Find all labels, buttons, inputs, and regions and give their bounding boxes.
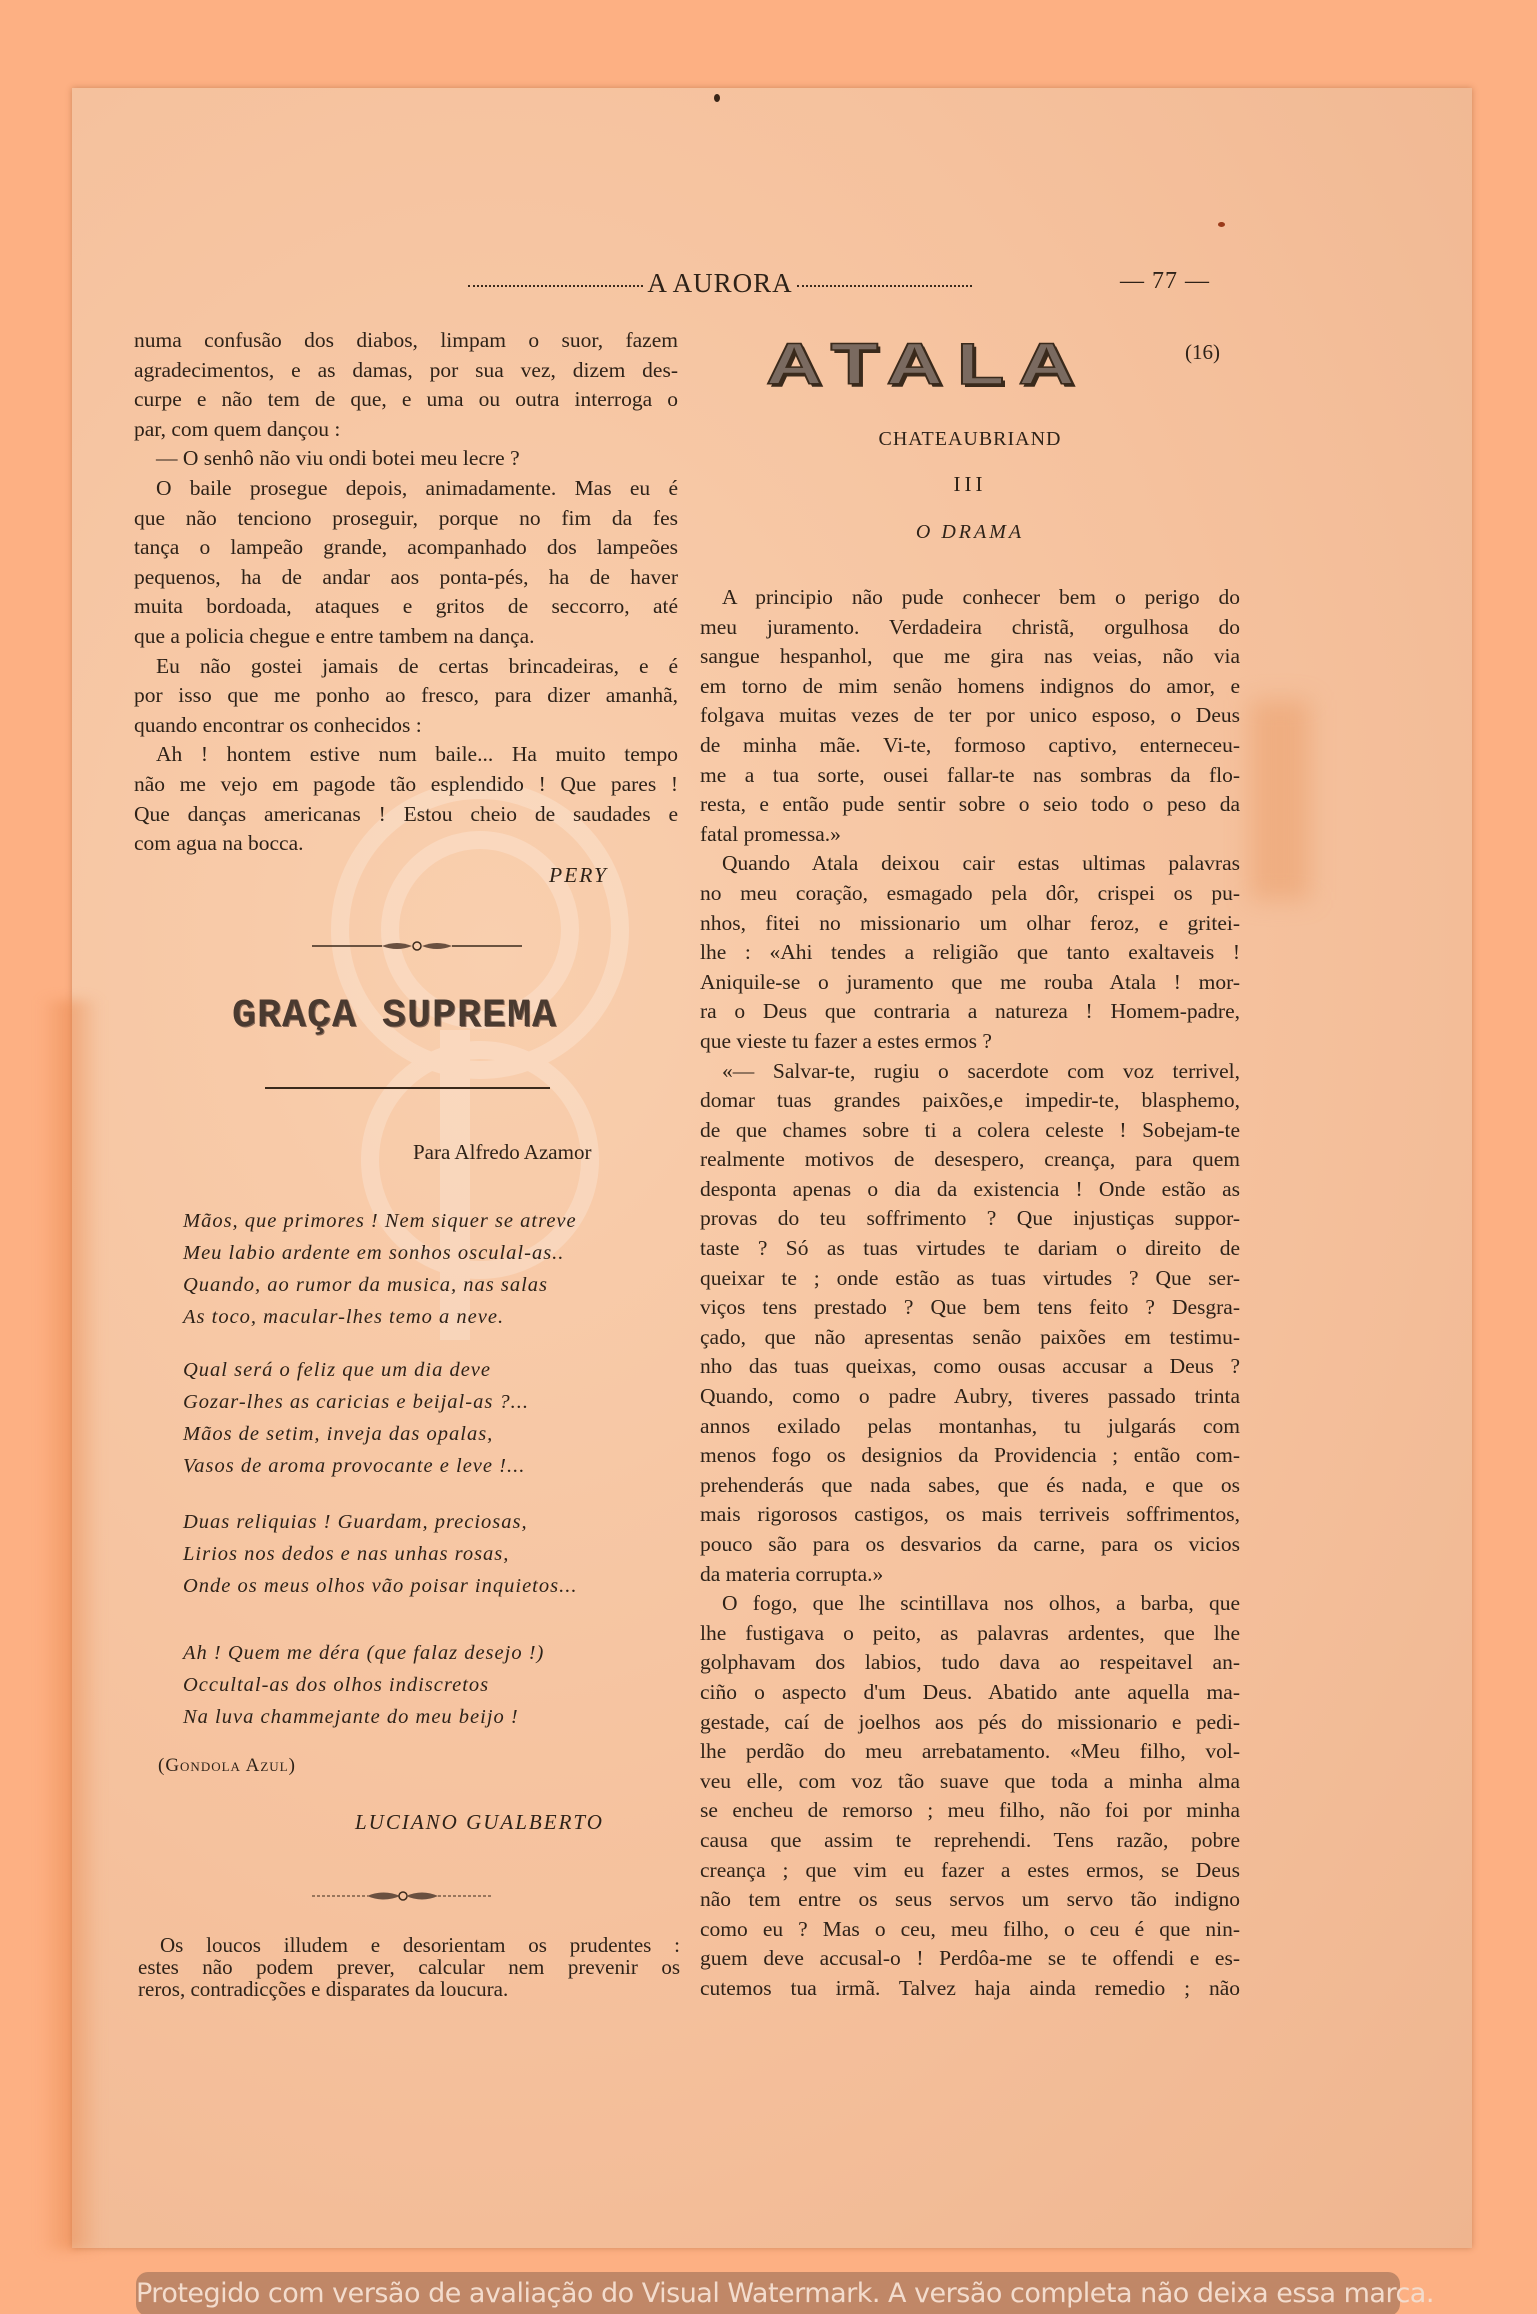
text-line: reros, contradicções e disparates da lou… [138,1978,680,2000]
text-line: pouco são para os desvarios da carne, pa… [700,1530,1240,1560]
text-line: Aniquile-se o juramento que me rouba Ata… [700,968,1240,998]
text-line: no meu coração, esmagado pela dôr, crisp… [700,879,1240,909]
paper-speck [1218,222,1225,227]
poem-stanza: Mãos, que primores ! Nem siquer se atrev… [183,1205,577,1333]
text-line: O fogo, que lhe scintillava nos olhos, a… [700,1589,1240,1619]
paper-shadow [40,1000,100,2250]
text-line: guem deve accusal-o ! Perdôa-me se te of… [700,1944,1240,1974]
text-line: resta, e então pude sentir sobre o seio … [700,790,1240,820]
publication-title: A AURORA [647,268,792,298]
verse-line: Mãos de setim, inveja das opalas, [183,1418,529,1450]
text-line: Os loucos illudem e desorientam os prude… [138,1934,680,1956]
text-line: quando encontrar os conhecidos : [134,711,678,741]
continuation-paragraph: numa confusão dos diabos, limpam o suor,… [134,326,678,444]
text-line: que a policia chegue e entre tambem na d… [134,622,678,652]
text-line: com agua na bocca. [134,829,678,859]
text-line: golphavam dos labios, tudo dava ao respe… [700,1648,1240,1678]
section-number: III [700,472,1240,497]
text-line: menos fogo os designios da Providencia ;… [700,1441,1240,1471]
text-line: não me vejo em pagode tão esplendido ! Q… [134,770,678,800]
text-line: gestade, caí de joelhos aos pés do missi… [700,1708,1240,1738]
text-line: queixar te ; onde estão as tuas virtudes… [700,1264,1240,1294]
text-line: de minha mãe. Vi-te, formoso captivo, en… [700,731,1240,761]
text-line: nhos, fitei no missionario um olhar fero… [700,909,1240,939]
text-line: como eu ? Mas o ceu, meu filho, o ceu é … [700,1915,1240,1945]
text-line: Quando Atala deixou cair estas ultimas p… [700,849,1240,879]
text-line: Quando, como o padre Aubry, tiveres pass… [700,1382,1240,1412]
right-column-article: A principio não pude conhecer bem o peri… [700,583,1240,2004]
text-line: não tem entre os seus servos um servo tã… [700,1885,1240,1915]
watermark-banner: Protegido com versão de avaliação do Vis… [136,2272,1400,2314]
verse-line: Quando, ao rumor da musica, nas salas [183,1269,577,1301]
verse-line: Mãos, que primores ! Nem siquer se atrev… [183,1205,577,1237]
verse-line: Lirios nos dedos e nas unhas rosas, [183,1538,577,1570]
text-line: sangue hespanhol, que me gira nas veias,… [700,642,1240,672]
paragraph: O fogo, que lhe scintillava nos olhos, a… [700,1589,1240,2003]
paper-stain [1250,700,1310,900]
ornament-divider-icon [312,938,522,954]
text-line: causa que assim te reprehendi. Tens razã… [700,1826,1240,1856]
text-line: ra o Deus que contraria a natureza ! Hom… [700,997,1240,1027]
verse-line: Ah ! Quem me déra (que falaz desejo !) [183,1637,544,1669]
text-line: veu elle, com voz tão suave que toda a m… [700,1767,1240,1797]
text-line: mais rigorosos castigos, os mais terrive… [700,1500,1240,1530]
poem-title: GRAÇA SUPREMA [232,994,557,1039]
text-line: que não tenciono proseguir, porque no fi… [134,504,678,534]
text-line: annos exilado pelas montanhas, tu julgar… [700,1412,1240,1442]
text-line: fatal promessa.» [700,820,1240,850]
text-line: lhe fustigava o peito, as palavras arden… [700,1619,1240,1649]
text-line: folgava muitas vezes de ter por unico es… [700,701,1240,731]
poem-source: (Gondola Azul) [158,1755,296,1777]
text-line: lhe perdão do meu arrebatamento. «Meu fi… [700,1737,1240,1767]
poem-stanza: Ah ! Quem me déra (que falaz desejo !) O… [183,1637,544,1733]
paper-speck [714,94,720,102]
text-line: muita bordoada, ataques e gritos de secc… [134,592,678,622]
article-signature: PERY [134,861,678,891]
paragraph: Eu não gostei jamais de certas brincadei… [134,652,678,741]
text-line: Ah ! hontem estive num baile... Ha muito… [134,740,678,770]
text-line: çado, que não apresentas senão paixões e… [700,1323,1240,1353]
text-line: creança ; que vim eu fazer a estes ermos… [700,1856,1240,1886]
page-header: A AURORA — 77 — [440,268,1240,298]
text-line: que vieste tu fazer a estes ermos ? [700,1027,1240,1057]
text-line: provas do teu soffrimento ? Que injustiç… [700,1204,1240,1234]
serial-part-number: (16) [1185,340,1220,365]
poem-author: LUCIANO GUALBERTO [355,1810,604,1835]
serial-title: ATALA [766,330,1089,398]
paragraph: O baile prosegue depois, animadamente. M… [134,474,678,652]
text-line: «— Salvar-te, rugiu o sacerdote com voz … [700,1057,1240,1087]
text-line: viços tens prestado ? Que bem tens feito… [700,1293,1240,1323]
poem-stanza: Duas reliquias ! Guardam, preciosas, Lir… [183,1506,577,1602]
verse-line: Qual será o feliz que um dia deve [183,1354,529,1386]
text-line: domar tuas grandes paixões,e impedir-te,… [700,1086,1240,1116]
left-column-article: numa confusão dos diabos, limpam o suor,… [134,326,678,890]
text-line: estes não podem prever, calcular nem pre… [138,1956,680,1978]
text-line: ciño o aspecto d'um Deus. Abatido ante a… [700,1678,1240,1708]
text-line: de que chames sobre ti a colera celeste … [700,1116,1240,1146]
verse-line: Gozar-lhes as caricias e beijal-as ?... [183,1386,529,1418]
text-line: da materia corrupta.» [700,1560,1240,1590]
text-line: taste ? Só as tuas virtudes te dariam o … [700,1234,1240,1264]
text-line: curpe e não tem de que, e uma ou outra i… [134,385,678,415]
text-line: par, com quem dançou : [134,415,678,445]
dialogue-line: — O senhô não viu ondi botei meu lecre ? [134,444,678,474]
text-line: se encheu de remorso ; meu filho, não fo… [700,1796,1240,1826]
poem-stanza: Qual será o feliz que um dia deve Gozar-… [183,1354,529,1482]
text-line: Eu não gostei jamais de certas brincadei… [134,652,678,682]
serial-author: CHATEAUBRIAND [700,428,1240,451]
text-line: me a tua sorte, ousei fallar-te nas somb… [700,761,1240,791]
text-line: lhe : «Ahi tendes a religião que tanto e… [700,938,1240,968]
verse-line: Occultal-as dos olhos indiscretos [183,1669,544,1701]
paragraph: A principio não pude conhecer bem o peri… [700,583,1240,849]
paragraph: Ah ! hontem estive num baile... Ha muito… [134,740,678,858]
chapter-title: O DRAMA [700,521,1240,544]
verse-line: Na luva chammejante do meu beijo ! [183,1701,544,1733]
poem-dedication: Para Alfredo Azamor [413,1140,591,1165]
maxim-paragraph: Os loucos illudem e desorientam os prude… [138,1934,680,2000]
text-line: O baile prosegue depois, animadamente. M… [134,474,678,504]
page-number: — 77 — [1120,268,1210,295]
verse-line: Meu labio ardente em sonhos osculal-as.. [183,1237,577,1269]
ornament-divider-icon [312,1888,492,1904]
text-line: meu juramento. Verdadeira christã, orgul… [700,613,1240,643]
text-line: agradecimentos, e as damas, por sua vez,… [134,356,678,386]
text-line: em torno de mim senão homens indignos do… [700,672,1240,702]
text-line: Que danças americanas ! Estou cheio de s… [134,800,678,830]
title-underline [265,1087,550,1089]
text-line: realmente motivos de desespero, creança,… [700,1145,1240,1175]
paragraph: «— Salvar-te, rugiu o sacerdote com voz … [700,1057,1240,1590]
verse-line: As toco, macular-lhes temo a neve. [183,1301,577,1333]
text-line: cutemos tua irmã. Talvez haja ainda reme… [700,1974,1240,2004]
verse-line: Vasos de aroma provocante e leve !... [183,1450,529,1482]
text-line: desponta apenas o dia da existencia ! On… [700,1175,1240,1205]
paragraph: Quando Atala deixou cair estas ultimas p… [700,849,1240,1056]
verse-line: Duas reliquias ! Guardam, preciosas, [183,1506,577,1538]
text-line: tança o lampeão grande, acompanhado dos … [134,533,678,563]
text-line: por isso que me ponho ao fresco, para di… [134,681,678,711]
text-line: numa confusão dos diabos, limpam o suor,… [134,326,678,356]
text-line: nho das tuas queixas, como ousas accusar… [700,1352,1240,1382]
text-line: prehenderás que nada sabes, que és nada,… [700,1471,1240,1501]
header-rule-right [797,285,972,287]
text-line: pequenos, ha de andar aos ponta-pés, ha … [134,563,678,593]
text-line: A principio não pude conhecer bem o peri… [700,583,1240,613]
header-rule-left [468,285,643,287]
verse-line: Onde os meus olhos vão poisar inquietos.… [183,1570,577,1602]
